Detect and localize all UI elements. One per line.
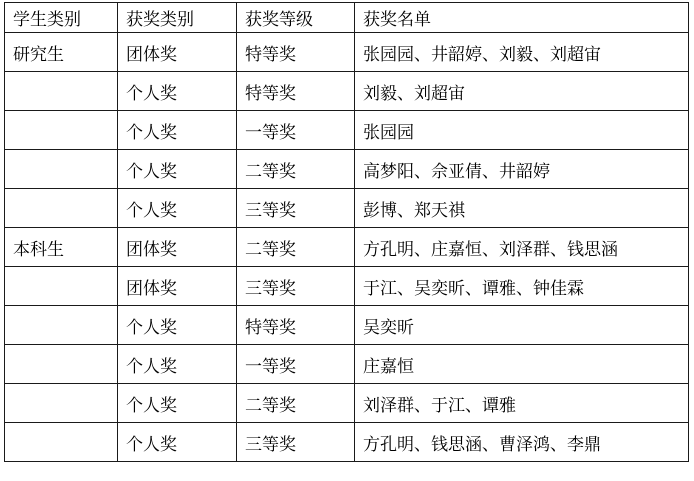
cell-student-category	[5, 72, 118, 111]
cell-award-names: 刘毅、刘超宙	[355, 72, 689, 111]
cell-award-level: 二等奖	[237, 228, 355, 267]
cell-award-category: 个人奖	[118, 150, 237, 189]
cell-award-category: 个人奖	[118, 384, 237, 423]
cell-award-level: 三等奖	[237, 189, 355, 228]
cell-award-level: 一等奖	[237, 111, 355, 150]
cell-award-level: 特等奖	[237, 33, 355, 72]
cell-student-category	[5, 384, 118, 423]
table-row: 个人奖 二等奖 高梦阳、佘亚倩、井韶婷	[5, 150, 689, 189]
cell-award-category: 个人奖	[118, 111, 237, 150]
cell-award-level: 二等奖	[237, 384, 355, 423]
cell-award-names: 于江、吴奕昕、谭雅、钟佳霖	[355, 267, 689, 306]
cell-student-category	[5, 345, 118, 384]
table-row: 本科生 团体奖 二等奖 方孔明、庄嘉恒、刘泽群、钱思涵	[5, 228, 689, 267]
cell-award-category: 团体奖	[118, 33, 237, 72]
cell-student-category	[5, 306, 118, 345]
table-row: 个人奖 二等奖 刘泽群、于江、谭雅	[5, 384, 689, 423]
cell-student-category: 本科生	[5, 228, 118, 267]
table-row: 个人奖 特等奖 吴奕昕	[5, 306, 689, 345]
cell-award-names: 张园园	[355, 111, 689, 150]
header-award-category: 获奖类别	[118, 3, 237, 33]
table-row: 个人奖 一等奖 庄嘉恒	[5, 345, 689, 384]
cell-award-category: 团体奖	[118, 228, 237, 267]
cell-award-names: 高梦阳、佘亚倩、井韶婷	[355, 150, 689, 189]
cell-award-names: 方孔明、钱思涵、曹泽鸿、李鼎	[355, 423, 689, 462]
cell-student-category	[5, 150, 118, 189]
header-award-level: 获奖等级	[237, 3, 355, 33]
cell-award-names: 刘泽群、于江、谭雅	[355, 384, 689, 423]
header-student-category: 学生类别	[5, 3, 118, 33]
header-award-names: 获奖名单	[355, 3, 689, 33]
cell-student-category	[5, 423, 118, 462]
cell-award-names: 吴奕昕	[355, 306, 689, 345]
header-row: 学生类别 获奖类别 获奖等级 获奖名单	[5, 3, 689, 33]
cell-award-names: 庄嘉恒	[355, 345, 689, 384]
document-page: 学生类别 获奖类别 获奖等级 获奖名单 研究生 团体奖 特等奖 张园园、井韶婷、…	[0, 0, 694, 462]
cell-award-level: 一等奖	[237, 345, 355, 384]
cell-student-category	[5, 267, 118, 306]
table-row: 团体奖 三等奖 于江、吴奕昕、谭雅、钟佳霖	[5, 267, 689, 306]
awards-table: 学生类别 获奖类别 获奖等级 获奖名单 研究生 团体奖 特等奖 张园园、井韶婷、…	[4, 2, 689, 462]
cell-award-level: 二等奖	[237, 150, 355, 189]
cell-award-level: 特等奖	[237, 306, 355, 345]
table-row: 个人奖 特等奖 刘毅、刘超宙	[5, 72, 689, 111]
cell-student-category	[5, 189, 118, 228]
cell-award-level: 三等奖	[237, 423, 355, 462]
table-row: 研究生 团体奖 特等奖 张园园、井韶婷、刘毅、刘超宙	[5, 33, 689, 72]
cell-award-category: 个人奖	[118, 345, 237, 384]
cell-award-level: 特等奖	[237, 72, 355, 111]
cell-award-category: 个人奖	[118, 423, 237, 462]
cell-award-category: 个人奖	[118, 189, 237, 228]
cell-award-level: 三等奖	[237, 267, 355, 306]
table-row: 个人奖 三等奖 彭博、郑天祺	[5, 189, 689, 228]
cell-award-names: 张园园、井韶婷、刘毅、刘超宙	[355, 33, 689, 72]
cell-award-category: 个人奖	[118, 306, 237, 345]
cell-award-category: 个人奖	[118, 72, 237, 111]
cell-award-names: 方孔明、庄嘉恒、刘泽群、钱思涵	[355, 228, 689, 267]
cell-award-category: 团体奖	[118, 267, 237, 306]
table-row: 个人奖 三等奖 方孔明、钱思涵、曹泽鸿、李鼎	[5, 423, 689, 462]
cell-student-category	[5, 111, 118, 150]
cell-award-names: 彭博、郑天祺	[355, 189, 689, 228]
table-row: 个人奖 一等奖 张园园	[5, 111, 689, 150]
cell-student-category: 研究生	[5, 33, 118, 72]
